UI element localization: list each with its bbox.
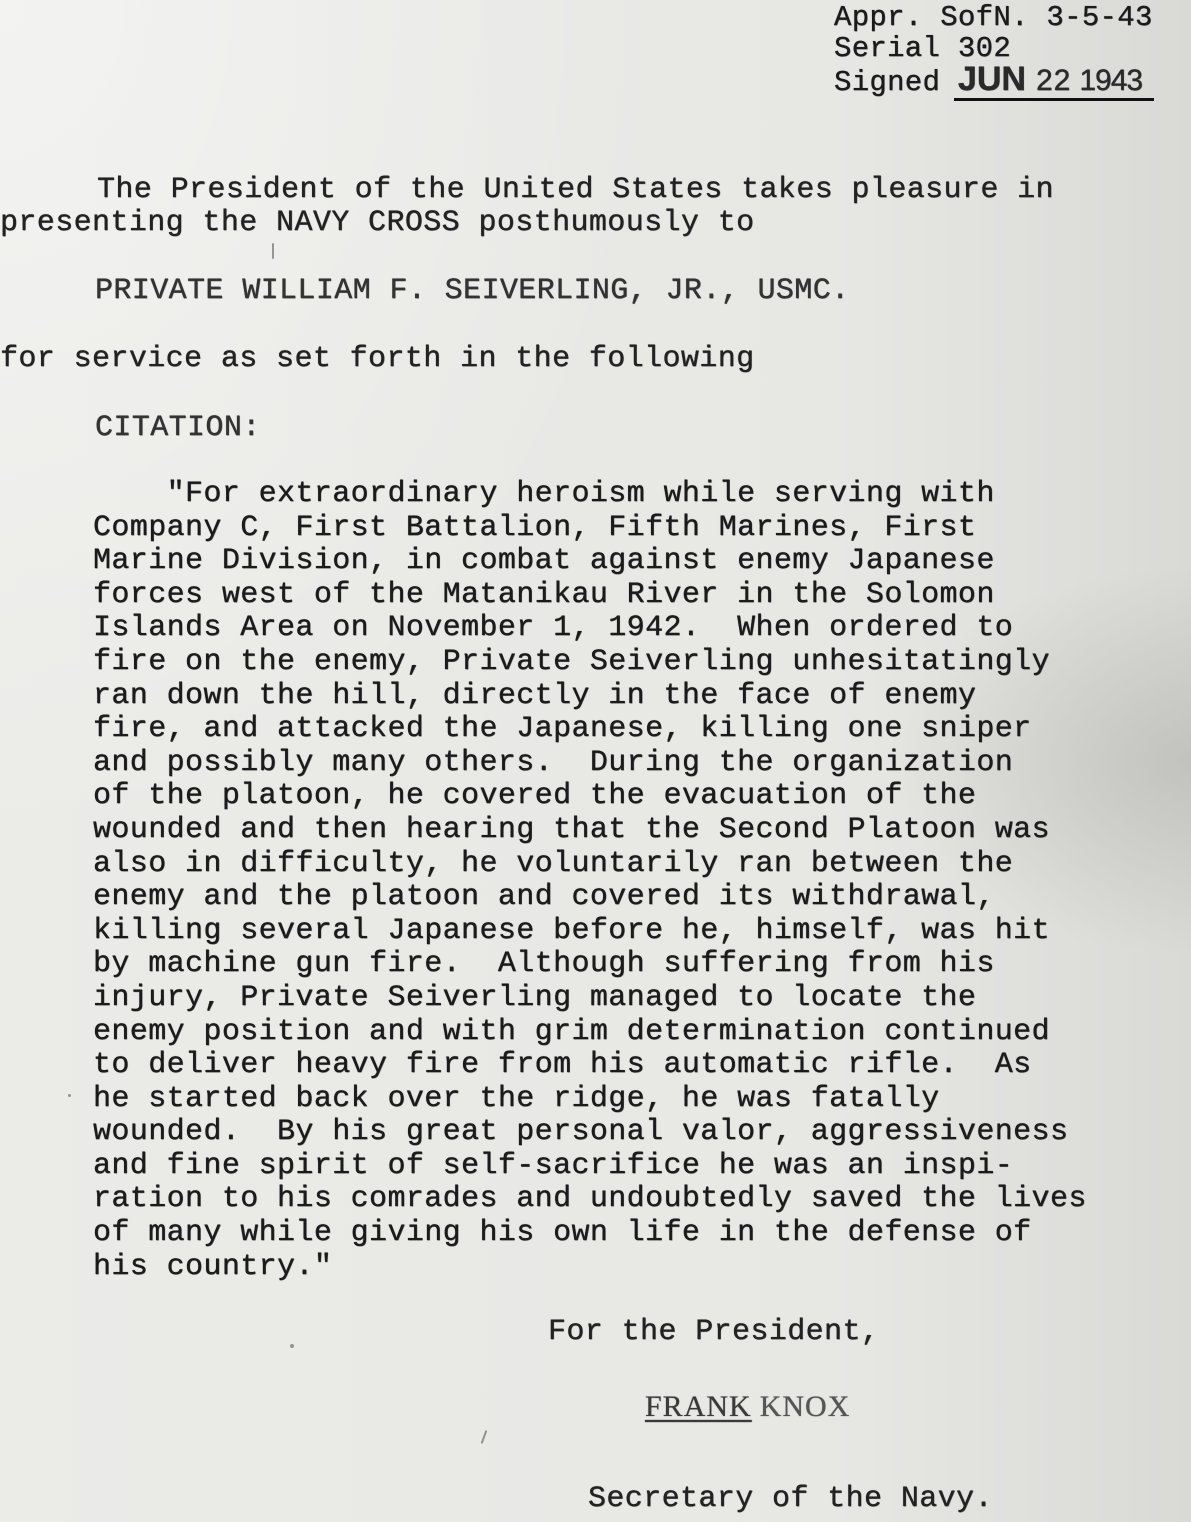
citation-line: enemy position and with grim determinati… bbox=[93, 1016, 1087, 1050]
closing-line: For the President, bbox=[548, 1315, 879, 1349]
citation-line: Marine Division, in combat against enemy… bbox=[93, 545, 1087, 579]
citation-line: "For extraordinary heroism while serving… bbox=[93, 478, 1087, 512]
citation-line: he started back over the ridge, he was f… bbox=[93, 1083, 1087, 1117]
citation-line: killing several Japanese before he, hims… bbox=[93, 915, 1087, 949]
citation-line: and possibly many others. During the org… bbox=[93, 747, 1087, 781]
approval-line: Appr. SofN. 3-5-43 bbox=[834, 2, 1153, 33]
date-stamp: JUN221943 bbox=[958, 65, 1142, 97]
stamp-year: 1943 bbox=[1079, 64, 1142, 97]
citation-heading: CITATION: bbox=[95, 411, 261, 445]
signature-last-name: KNOX bbox=[760, 1390, 851, 1423]
paper-speck bbox=[68, 1094, 71, 1097]
citation-line: and fine spirit of self-sacrifice he was… bbox=[93, 1150, 1087, 1184]
signature: FRANKKNOX bbox=[645, 1390, 850, 1424]
citation-line: ration to his comrades and undoubtedly s… bbox=[93, 1183, 1087, 1217]
signature-first-name: FRANK bbox=[645, 1390, 752, 1423]
signed-label: Signed bbox=[834, 66, 940, 99]
citation-line: injury, Private Seiverling managed to lo… bbox=[93, 982, 1087, 1016]
citation-line: fire, and attacked the Japanese, killing… bbox=[93, 713, 1087, 747]
signed-line: Signed JUN221943 bbox=[834, 64, 1153, 98]
citation-line: his country." bbox=[93, 1251, 1087, 1285]
paper-mark bbox=[481, 1430, 488, 1444]
citation-line: Company C, First Battalion, Fifth Marine… bbox=[93, 512, 1087, 546]
signed-underline bbox=[954, 98, 1154, 101]
intro-line-1: The President of the United States takes… bbox=[97, 173, 1054, 207]
signer-title: Secretary of the Navy. bbox=[588, 1482, 993, 1516]
citation-line: forces west of the Matanikau River in th… bbox=[93, 579, 1087, 613]
stamp-day: 22 bbox=[1036, 64, 1071, 97]
citation-line: of many while giving his own life in the… bbox=[93, 1217, 1087, 1251]
citation-line: to deliver heavy fire from his automatic… bbox=[93, 1049, 1087, 1083]
citation-line: also in difficulty, he voluntarily ran b… bbox=[93, 848, 1087, 882]
paper-speck bbox=[290, 1344, 294, 1348]
citation-line: enemy and the platoon and covered its wi… bbox=[93, 881, 1087, 915]
citation-line: Islands Area on November 1, 1942. When o… bbox=[93, 612, 1087, 646]
approval-header: Appr. SofN. 3-5-43 Serial 302 Signed JUN… bbox=[834, 2, 1153, 98]
service-line: for service as set forth in the followin… bbox=[0, 342, 755, 376]
citation-line: fire on the enemy, Private Seiverling un… bbox=[93, 646, 1087, 680]
citation-line: by machine gun fire. Although suffering … bbox=[93, 948, 1087, 982]
intro-line-2: presenting the NAVY CROSS posthumously t… bbox=[0, 206, 755, 240]
stamp-month: JUN bbox=[958, 60, 1026, 98]
citation-line: ran down the hill, directly in the face … bbox=[93, 680, 1087, 714]
citation-line: wounded and then hearing that the Second… bbox=[93, 814, 1087, 848]
recipient-name: PRIVATE WILLIAM F. SEIVERLING, JR., USMC… bbox=[95, 274, 850, 308]
citation-line: wounded. By his great personal valor, ag… bbox=[93, 1116, 1087, 1150]
document-page: Appr. SofN. 3-5-43 Serial 302 Signed JUN… bbox=[0, 0, 1191, 1522]
citation-line: of the platoon, he covered the evacuatio… bbox=[93, 780, 1087, 814]
paper-mark bbox=[272, 243, 274, 259]
citation-text: "For extraordinary heroism while serving… bbox=[93, 478, 1087, 1284]
